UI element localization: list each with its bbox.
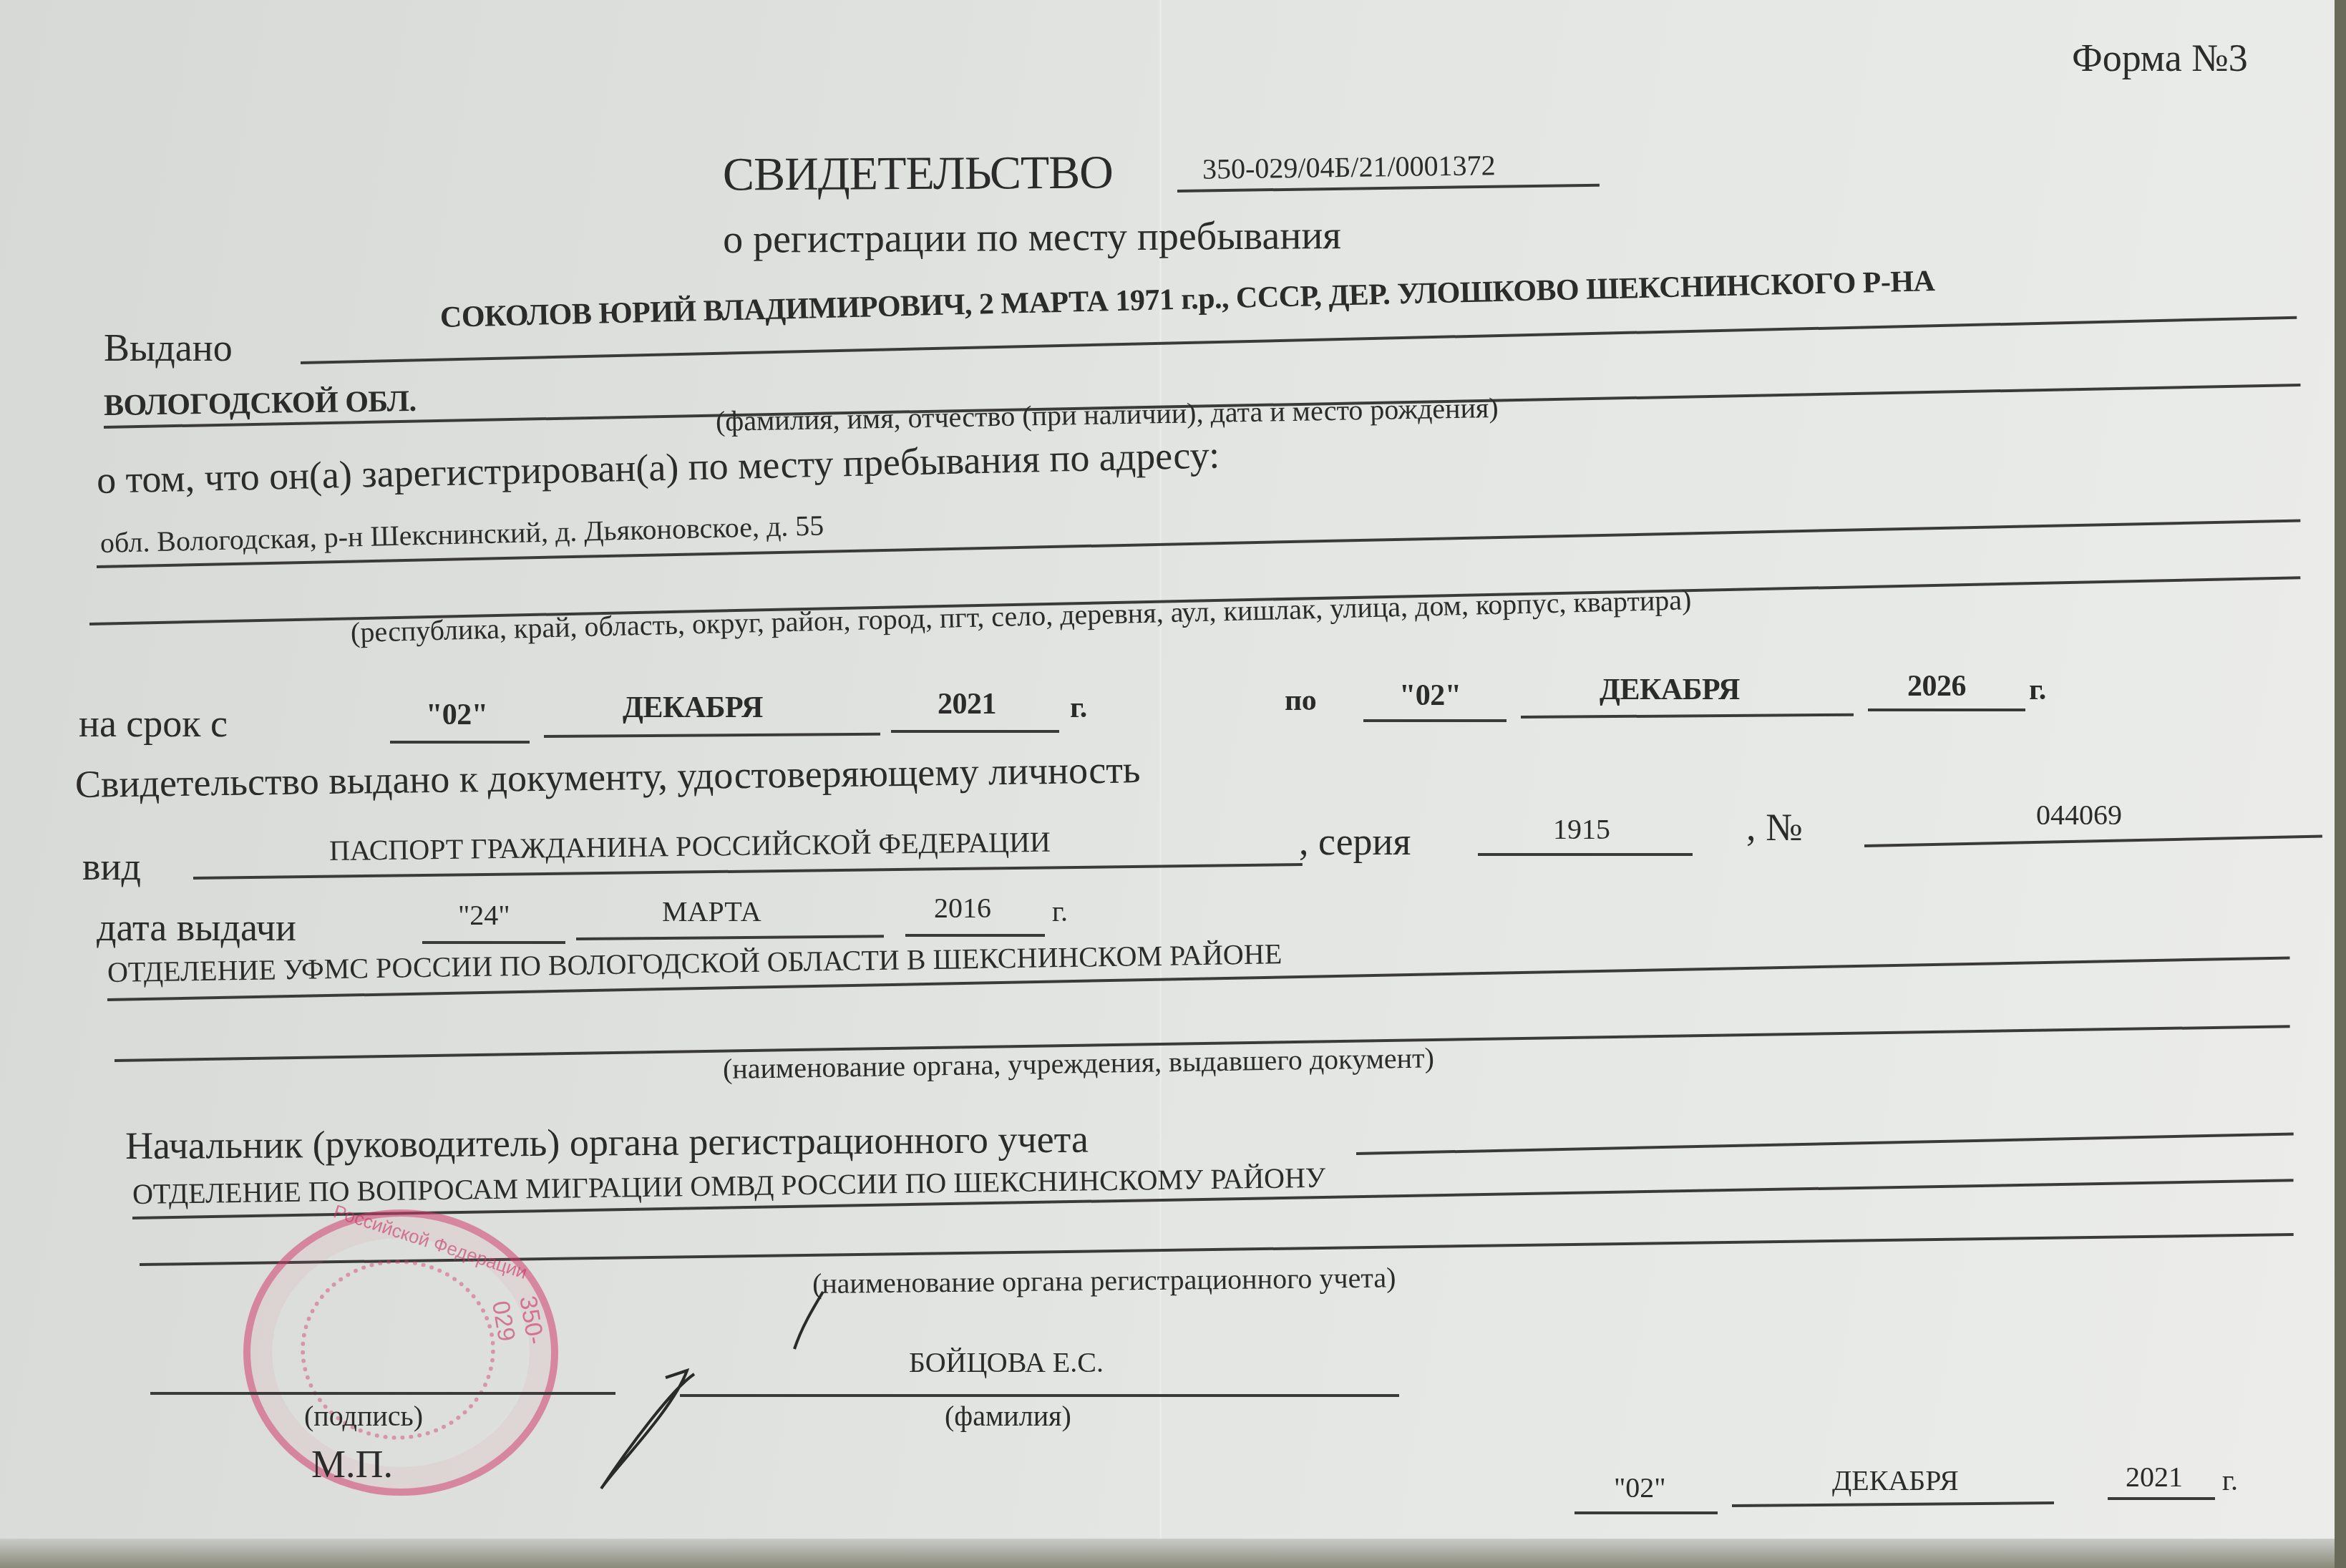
issued-to-line2: ВОЛОГОДСКОЙ ОБЛ. [104,384,417,423]
issue-date-month: ДЕКАБРЯ [1832,1464,1959,1497]
issue-year-underline [905,934,1045,937]
identity-intro: Свидетельство выдано к документу, удосто… [75,747,1141,807]
term-to-day-underline [1363,719,1507,722]
signature-underline [150,1392,615,1395]
certificate-number: 350-029/04Б/21/0001372 [1202,148,1496,186]
term-from-month: ДЕКАБРЯ [623,691,763,725]
number-value: 044069 [2036,798,2122,832]
term-from-year-underline [891,730,1059,733]
issue-year: 2016 [934,891,991,925]
address-label: о том, что он(а) зарегистрирован(а) по м… [96,432,1220,502]
official-stamp: Российской Федерации 350-029 [243,1209,558,1496]
issue-month-underline [576,935,884,940]
surname-hint: (фамилия) [945,1399,1071,1433]
paper-edge-shadow [2335,0,2346,1568]
certificate-document: Форма №3 СВИДЕТЕЛЬСТВО 350-029/04Б/21/00… [0,0,2346,1568]
head-underline [1356,1133,2294,1155]
issue-date-year-underline [2108,1497,2215,1500]
series-value: 1915 [1553,812,1610,846]
surname-underline [680,1394,1399,1397]
issue-date-month-underline [1732,1501,2054,1507]
term-to-month-underline [1521,714,1854,719]
authority-hint: (наименование органа регистрационного уч… [812,1260,1396,1300]
stamp-code: 350-029 [486,1294,552,1367]
term-to-year-suffix: г. [2029,673,2046,707]
issue-day-underline [422,941,565,944]
term-to-year-underline [1868,708,2025,711]
issue-month: МАРТА [662,895,761,928]
issue-date-day-underline [1574,1511,1718,1514]
document-title: СВИДЕТЕЛЬСТВО [723,146,1113,203]
document-type-value: ПАСПОРТ ГРАЖДАНИНА РОССИЙСКОЙ ФЕДЕРАЦИИ [329,825,1051,867]
term-to-year: 2026 [1907,669,1966,703]
issue-date-suffix: г. [2222,1464,2238,1497]
form-number: Форма №3 [2072,36,2248,80]
number-label: , № [1746,805,1803,849]
issue-year-suffix: г. [1052,895,1068,928]
official-surname: БОЙЦОВА Е.С. [909,1345,1104,1379]
registration-authority-name: ОТДЕЛЕНИЕ ПО ВОПРОСАМ МИГРАЦИИ ОМВД РОСС… [132,1161,1326,1211]
document-type-label: вид [82,844,141,889]
term-to-month: ДЕКАБРЯ [1600,673,1740,707]
issued-to-label: Выдано [104,326,233,370]
document-subtitle: о регистрации по месту пребывания [723,213,1341,263]
series-underline [1478,853,1693,856]
series-label: , серия [1299,819,1411,864]
term-from-label: на срок с [79,701,228,746]
signature-stroke-icon [787,1288,830,1353]
seal-label: М.П. [311,1442,393,1486]
term-from-year: 2021 [938,687,996,721]
term-to-label: по [1285,683,1316,718]
term-from-day-underline [390,741,530,744]
term-to-day: "02" [1399,678,1461,713]
issued-to-line1: СОКОЛОВ ЮРИЙ ВЛАДИМИРОВИЧ, 2 МАРТА 1971 … [439,264,1935,335]
issued-to-hint: (фамилия, имя, отчество (при наличии), д… [716,391,1499,438]
handwritten-signature-icon [587,1281,773,1496]
issue-date-year: 2021 [2126,1460,2183,1494]
term-from-month-underline [544,733,880,738]
issue-day: "24" [458,898,510,932]
head-label: Начальник (руководитель) органа регистра… [125,1117,1089,1168]
number-underline [1864,835,2322,847]
signature-hint: (подпись) [304,1399,423,1433]
term-from-day: "02" [426,698,488,732]
address-hint: (республика, край, область, округ, район… [350,583,1691,649]
term-from-year-suffix: г. [1070,691,1087,725]
issue-date-label: дата выдачи [97,905,296,950]
issue-date-day: "02" [1614,1471,1666,1504]
table-surface [0,1539,2346,1568]
